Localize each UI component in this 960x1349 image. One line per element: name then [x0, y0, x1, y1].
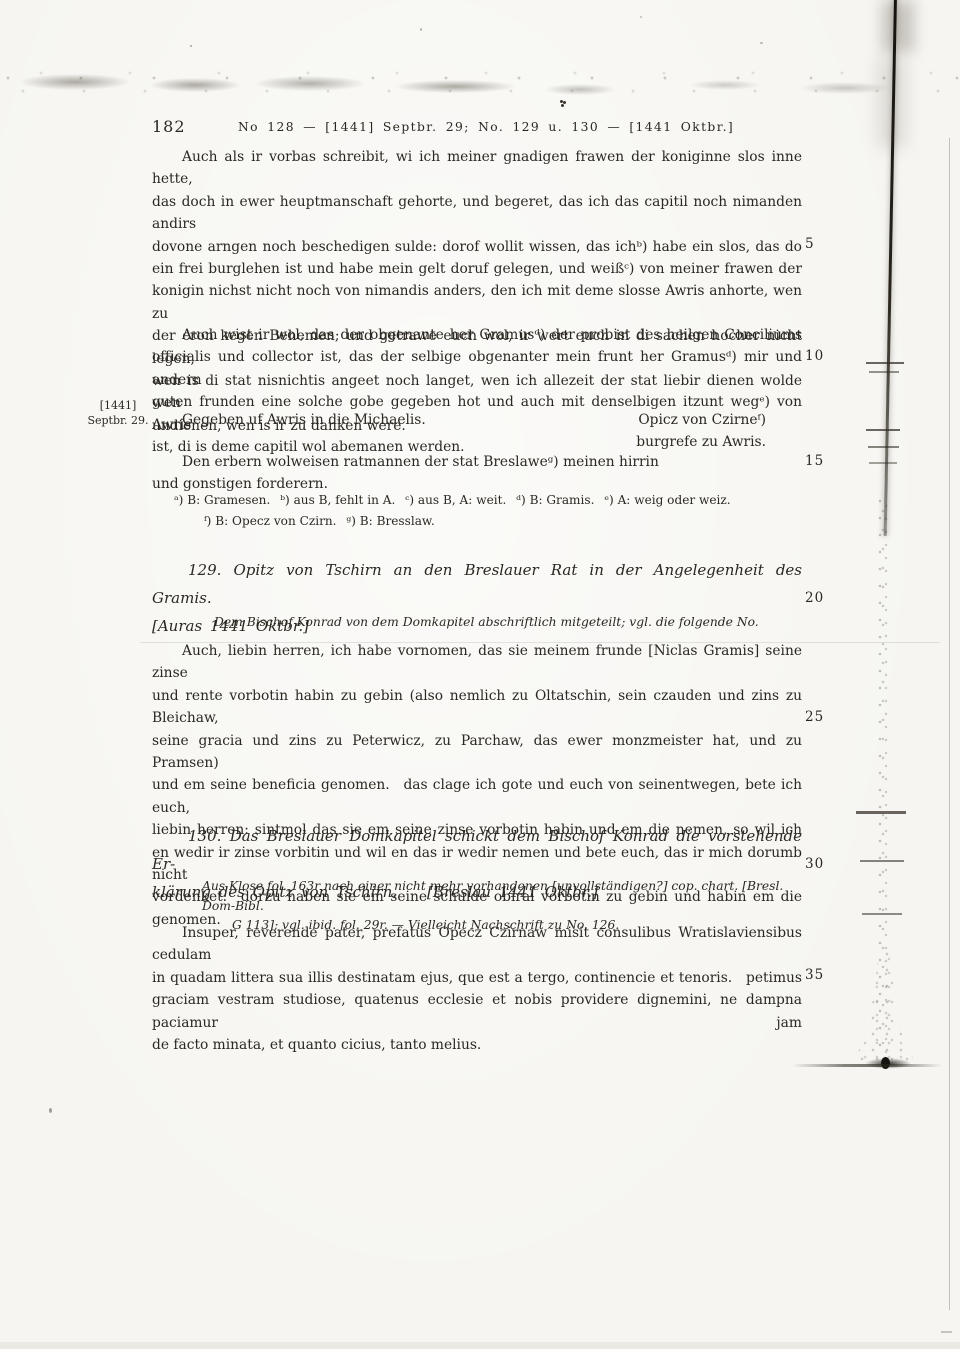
text-line: Auch als ir vorbas schreibit, wi ich mei… — [152, 146, 802, 191]
fold-tick-mark — [860, 860, 904, 862]
margin-line-number: 25 — [805, 706, 824, 728]
scanned-book-page: 182 No 128 — [1441] Septbr. 29; No. 129 … — [0, 0, 960, 1349]
scan-noise-band — [0, 64, 960, 104]
text-line: de facto minata, et quanto cicius, tanto… — [152, 1034, 802, 1056]
margin-line-number: 5 — [805, 233, 815, 255]
heading-line: 129. Opitz von Tschirn an den Breslauer … — [152, 556, 802, 612]
text-line: konigin nichst nicht noch von nimandis a… — [152, 280, 802, 325]
text-line: officialis und collector ist, das der se… — [152, 346, 802, 391]
ink-blob — [856, 1056, 920, 1071]
source-note-line: Dem Bischof Konrad von dem Domkapitel ab… — [214, 613, 802, 633]
text-line: seine gracia und zins zu Peterwicz, zu P… — [152, 730, 802, 775]
signature-line: Opicz von Czirneᶠ) — [636, 409, 766, 431]
scan-smudge — [150, 78, 240, 92]
text-line: Insuper, reverende pater, prefatus Opecz… — [152, 922, 802, 967]
fold-tick-mark — [866, 362, 904, 364]
fold-tick-mark — [866, 429, 900, 431]
fold-tick-mark — [869, 462, 897, 464]
margin-line-number: 10 — [805, 345, 824, 367]
footnote-line: ᵃ) B: Gramesen. ᵇ) aus B, fehlt in A. ᶜ)… — [174, 490, 802, 511]
scan-smudge — [690, 80, 760, 90]
text-line: ein frei burglehen ist und habe mein gel… — [152, 258, 802, 280]
scan-smudge — [255, 76, 365, 91]
scan-smudge — [395, 80, 515, 93]
page-edge-shadow — [882, 0, 914, 52]
ink-speck — [760, 42, 763, 44]
margin-line-number: 20 — [805, 587, 824, 609]
text-line: dovone arngen noch beschedigen sulde: do… — [152, 236, 802, 258]
margin-date-note: [1441] Septbr. 29. — [86, 399, 150, 428]
ink-speck — [640, 16, 642, 18]
scan-smudge — [545, 84, 615, 95]
source-note-line: Aus Klose fol. 163r nach einer nicht meh… — [202, 877, 802, 916]
margin-date-year: [1441] — [86, 399, 150, 414]
scan-smudge — [20, 74, 130, 90]
fold-tick-mark — [862, 913, 902, 915]
book-fold-line — [884, 0, 897, 536]
ink-speck — [49, 1108, 52, 1113]
ink-speck — [560, 100, 563, 103]
doc128-signature: Opicz von Czirneᶠ)burgrefe zu Awris. — [636, 409, 766, 454]
text-line: das doch in ewer heuptmanschaft gehorte,… — [152, 191, 802, 236]
ink-blob — [881, 1057, 890, 1069]
text-line: graciam vestram studiose, quatenus eccle… — [152, 989, 802, 1034]
fold-tick-mark — [868, 446, 899, 448]
text-line: Den erbern wolweisen ratmannen der stat … — [152, 451, 802, 473]
ink-speck — [190, 45, 192, 47]
book-fold-speckle — [855, 950, 913, 1065]
ink-speck — [420, 28, 422, 31]
running-header: No 128 — [1441] Septbr. 29; No. 129 u. 1… — [238, 120, 622, 134]
footnote-line: ᶠ) B: Opecz von Czirn. ᵍ) B: Bresslaw. — [204, 511, 802, 532]
text-line: und em seine beneficia genomen. das clag… — [152, 774, 802, 819]
doc129-source-note: Dem Bischof Konrad von dem Domkapitel ab… — [152, 613, 802, 633]
text-line: Auch wist ir wol, das der obgenante her … — [152, 324, 802, 346]
ink-smear — [792, 1064, 942, 1067]
doc130-paragraph: Insuper, reverende pater, prefatus Opecz… — [152, 922, 802, 1056]
running-header-row: 182 No 128 — [1441] Septbr. 29; No. 129 … — [0, 117, 960, 139]
scan-smudge — [800, 82, 890, 94]
doc128-footnotes: ᵃ) B: Gramesen. ᵇ) aus B, fehlt in A. ᶜ)… — [152, 490, 802, 531]
doc128-dateline: Gegeben uf Awris in die Michaelis. Opicz… — [152, 409, 802, 455]
page-number: 182 — [152, 117, 186, 136]
book-fold-speckle — [877, 498, 891, 1058]
margin-line-number: 35 — [805, 964, 824, 986]
paper-edge-tick — [941, 1331, 952, 1333]
text-line: Auch, liebin herren, ich habe vornomen, … — [152, 640, 802, 685]
paper-edge-line — [949, 138, 950, 1310]
text-line: in quadam littera sua illis destinatam e… — [152, 967, 802, 989]
fold-tick-mark — [856, 811, 906, 814]
fold-tick-mark — [869, 371, 899, 373]
margin-line-number: 30 — [805, 853, 824, 875]
page-bottom-shadow — [0, 1342, 960, 1349]
margin-date-day: Septbr. 29. — [86, 414, 150, 429]
margin-line-number: 15 — [805, 450, 824, 472]
heading-line: 130. Das Breslauer Domkapitel schickt de… — [152, 822, 802, 878]
text-line: und rente vorbotin habin zu gebin (also … — [152, 685, 802, 730]
